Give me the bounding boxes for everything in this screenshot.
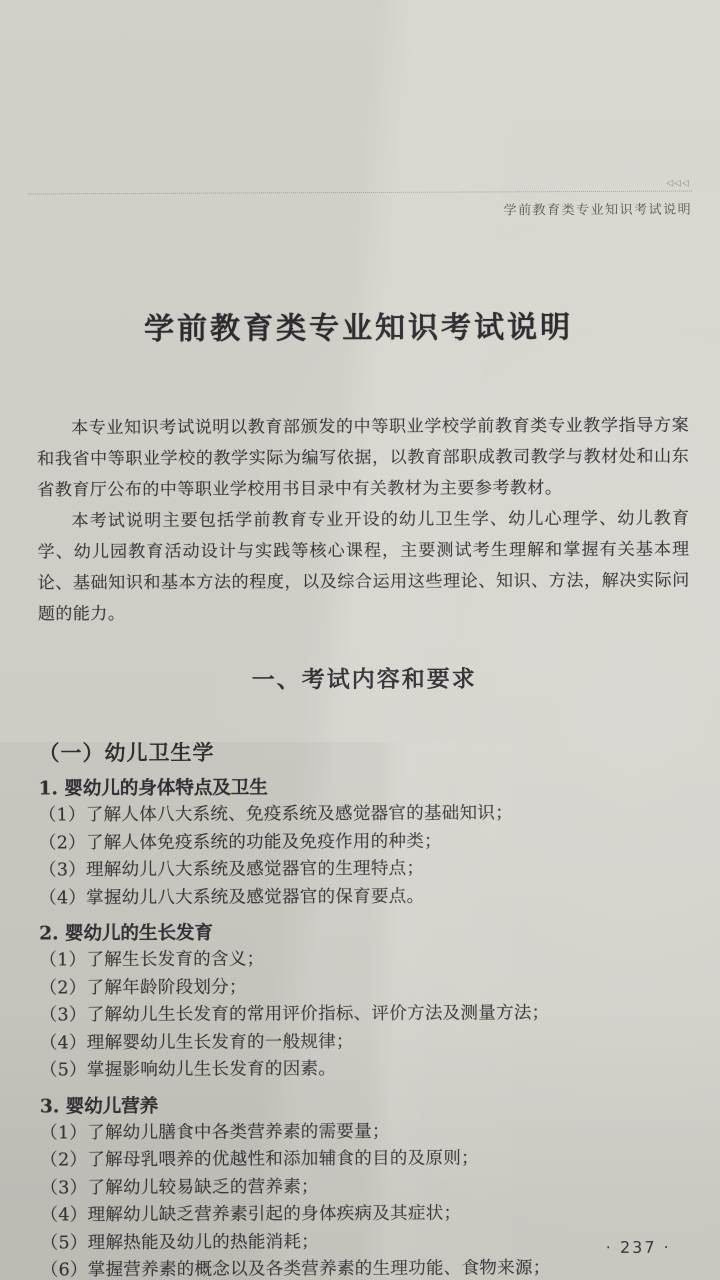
- topic-item: （3）理解幼儿八大系统及感觉器官的生理特点；: [39, 855, 691, 885]
- intro-paragraph: 本专业知识考试说明以教育部颁发的中等职业学校学前教育类专业教学指导方案和我省中等…: [37, 411, 689, 507]
- topic-item: （4）理解婴幼儿生长发育的一般规律；: [40, 1027, 692, 1057]
- topic-item: （4）掌握幼儿八大系统及感觉器官的保育要点。: [39, 882, 691, 912]
- page-content: 本专业知识考试说明以教育部颁发的中等职业学校学前教育类专业教学指导方案和我省中等…: [37, 411, 693, 1280]
- topic-item: （3）了解幼儿生长发育的常用评价指标、评价方法及测量方法；: [40, 1000, 692, 1030]
- topic-item: （2）了解人体免疫系统的功能及免疫作用的种类；: [39, 827, 691, 857]
- topic-item: （5）掌握影响幼儿生长发育的因素。: [40, 1055, 692, 1085]
- section-heading: 一、考试内容和要求: [38, 660, 690, 696]
- subsection-heading: （一）幼儿卫生学: [38, 735, 690, 768]
- triple-arrow-icon: ◁◁◁: [28, 179, 692, 192]
- topic-heading: 1. 婴幼儿的身体特点及卫生: [39, 773, 691, 803]
- topic-item: （3）了解幼儿较易缺乏的营养素；: [40, 1172, 692, 1202]
- topic-item: （5）理解热能及幼儿的热能消耗；: [41, 1227, 693, 1257]
- running-title: 学前教育类专业知识考试说明: [28, 199, 692, 221]
- intro-paragraph: 本考试说明主要包括学前教育专业开设的幼儿卫生学、幼儿心理学、幼儿教育学、幼儿园教…: [37, 504, 690, 631]
- topic-growth-development: 2. 婴幼儿的生长发育 （1）了解生长发育的含义； （2）了解年龄阶段划分； （…: [39, 918, 692, 1085]
- topic-item: （1）了解幼儿膳食中各类营养素的需要量；: [40, 1117, 692, 1147]
- topic-item: （1）了解人体八大系统、免疫系统及感觉器官的基础知识；: [39, 800, 691, 830]
- topic-heading: 3. 婴幼儿营养: [40, 1090, 692, 1120]
- topic-heading: 2. 婴幼儿的生长发育: [39, 918, 691, 948]
- topic-item: （1）了解生长发育的含义；: [39, 945, 691, 975]
- topic-nutrition: 3. 婴幼儿营养 （1）了解幼儿膳食中各类营养素的需要量； （2）了解母乳喂养的…: [40, 1090, 693, 1280]
- topic-item: （2）了解年龄阶段划分；: [39, 972, 691, 1002]
- topic-item: （2）了解母乳喂养的优越性和添加辅食的目的及原则；: [40, 1145, 692, 1175]
- header-rule: [28, 191, 692, 195]
- page-number: · 237 ·: [606, 1238, 671, 1257]
- book-page: ◁◁◁ 学前教育类专业知识考试说明 学前教育类专业知识考试说明 本专业知识考试说…: [0, 0, 720, 1280]
- topic-body-features: 1. 婴幼儿的身体特点及卫生 （1）了解人体八大系统、免疫系统及感觉器官的基础知…: [39, 773, 692, 913]
- page-header: ◁◁◁ 学前教育类专业知识考试说明: [28, 179, 692, 221]
- topic-item: （6）掌握营养素的概念以及各类营养素的生理功能、食物来源；: [41, 1255, 693, 1280]
- topic-item: （4）理解幼儿缺乏营养素引起的身体疾病及其症状；: [40, 1200, 692, 1230]
- page-title: 学前教育类专业知识考试说明: [0, 301, 719, 348]
